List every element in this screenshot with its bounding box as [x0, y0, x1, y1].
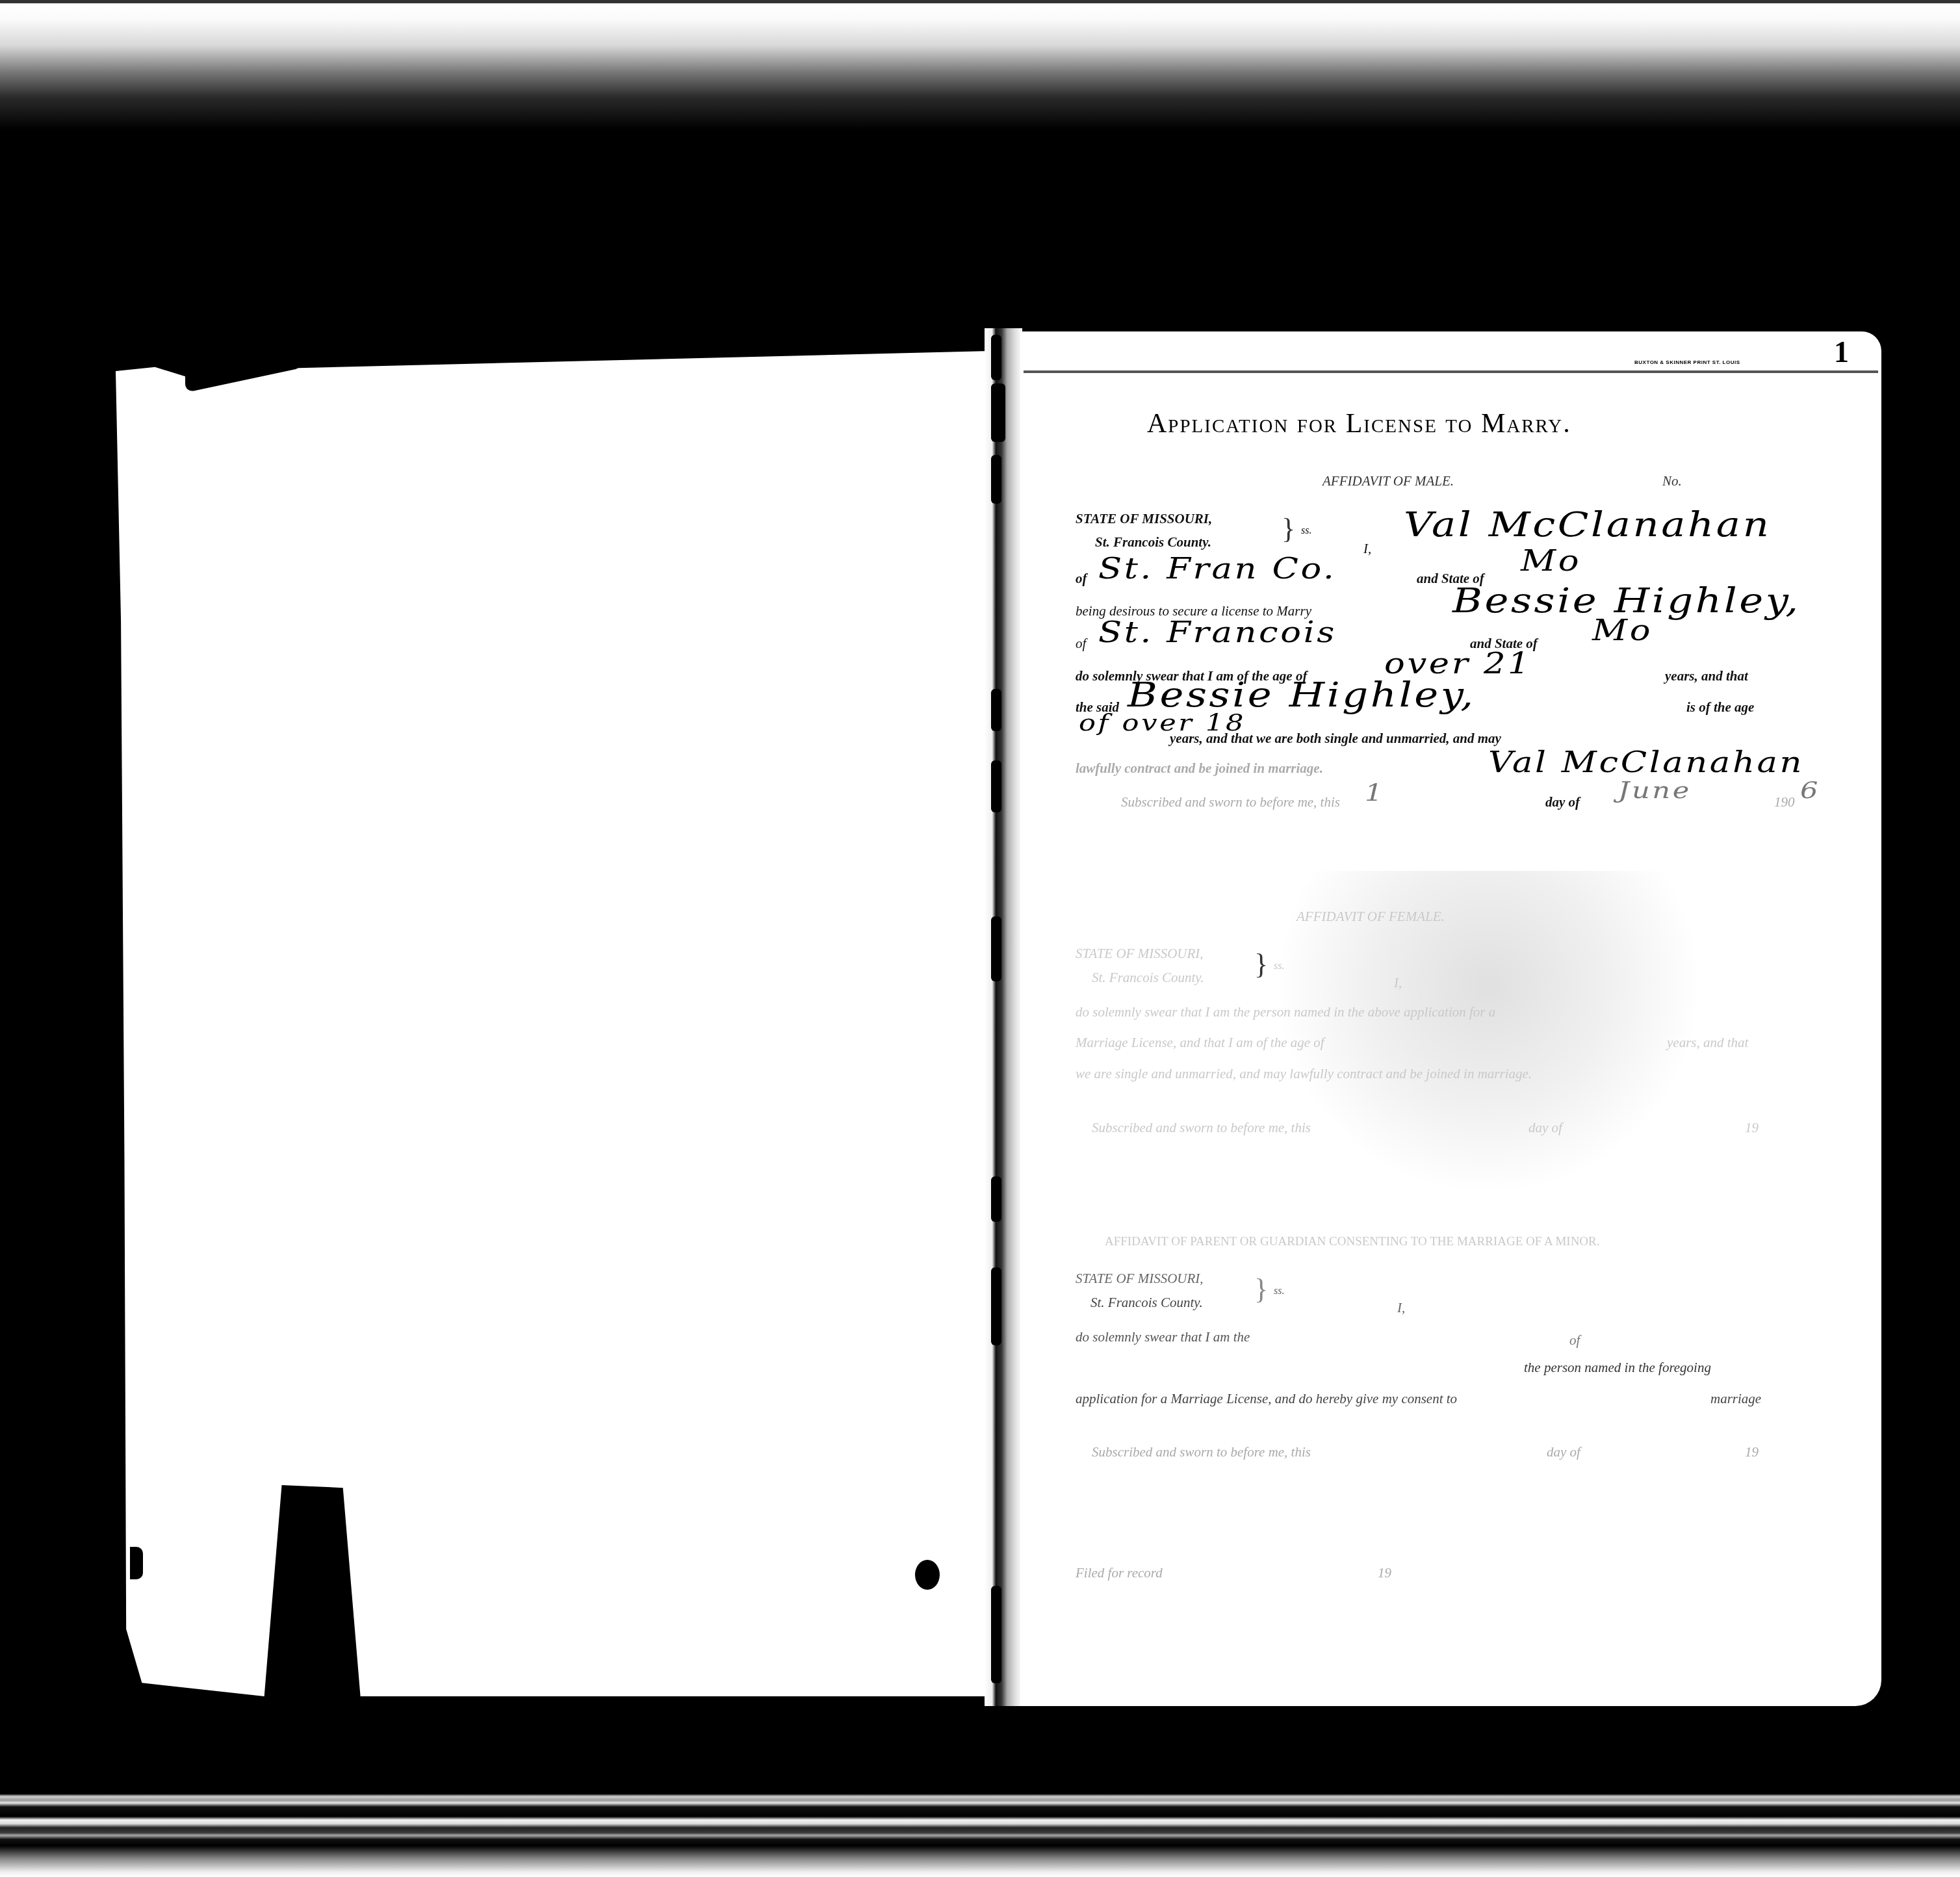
female-affidavit-heading: AFFIDAVIT OF FEMALE.	[1296, 909, 1445, 925]
scanner-top-glare	[0, 0, 1960, 130]
filed-for-record-label: Filed for record	[1076, 1565, 1163, 1581]
applicant-residence: St. Fran Co.	[1098, 552, 1336, 586]
male-affidavit-heading: AFFIDAVIT OF MALE.	[1322, 473, 1454, 489]
binding-mark	[991, 1176, 1001, 1222]
book-binding	[985, 328, 1022, 1706]
bride-name-2: Bessie Highley,	[1128, 676, 1476, 715]
applicant-signature: Val McClanahan	[1488, 746, 1804, 779]
female-year-prefix: 19	[1745, 1120, 1759, 1136]
day-value: 1	[1365, 780, 1385, 807]
page-number: 1	[1834, 335, 1849, 369]
printer-imprint: BUXTON & SKINNER PRINT ST. LOUIS	[1634, 359, 1740, 365]
i-label: I,	[1363, 541, 1371, 557]
document-title: Application for License to Marry.	[1147, 408, 1571, 439]
header-rule	[1024, 370, 1878, 373]
county-label: St. Francois County.	[1095, 534, 1211, 550]
binding-mark	[991, 760, 1001, 812]
filed-year-prefix: 19	[1378, 1565, 1391, 1581]
consent-line-1b: of	[1569, 1332, 1580, 1349]
consent-subscribed-text: Subscribed and sworn to before me, this	[1092, 1444, 1311, 1460]
applicant-state: Mo	[1521, 545, 1581, 578]
bride-residence: St. Francois	[1098, 616, 1337, 649]
consent-state-label: STATE OF MISSOURI,	[1076, 1271, 1204, 1287]
subscribed-text: Subscribed and sworn to before me, this	[1121, 794, 1340, 810]
female-day-of-label: day of	[1528, 1120, 1562, 1136]
lawfully-text: lawfully contract and be joined in marri…	[1076, 760, 1323, 777]
binding-mark	[991, 455, 1001, 504]
applicant-name: Val McClanahan	[1404, 506, 1771, 545]
consent-day-of-label: day of	[1547, 1444, 1580, 1460]
female-line-3: we are single and unmarried, and may law…	[1076, 1066, 1532, 1082]
scanner-top-edge	[0, 0, 1960, 3]
ss-label: ss.	[1301, 525, 1311, 537]
binding-mark	[991, 1267, 1001, 1345]
binding-mark	[991, 916, 1001, 981]
binding-mark	[991, 1586, 1001, 1683]
left-blank-page	[116, 351, 990, 1696]
scanner-bottom-stripes	[0, 1748, 1960, 1877]
brace: }	[1254, 1273, 1268, 1306]
month-value: June	[1618, 777, 1692, 804]
female-line-2b: years, and that	[1667, 1035, 1748, 1051]
of-label: of	[1076, 571, 1087, 587]
bride-state: Mo	[1592, 614, 1653, 647]
consent-i-label: I,	[1397, 1300, 1405, 1316]
consent-county-label: St. Francois County.	[1090, 1295, 1203, 1311]
female-state-label: STATE OF MISSOURI,	[1076, 946, 1204, 962]
binding-mark	[991, 689, 1001, 731]
consent-line-3a: application for a Marriage License, and …	[1076, 1391, 1457, 1407]
state-label: STATE OF MISSOURI,	[1076, 511, 1212, 527]
female-ss-label: ss.	[1274, 961, 1284, 972]
female-subscribed-text: Subscribed and sworn to before me, this	[1092, 1120, 1311, 1136]
of-label-2: of	[1076, 636, 1086, 652]
year-suffix: 6	[1800, 777, 1820, 804]
binding-mark	[991, 335, 1001, 380]
page-edge-nick	[130, 1547, 143, 1579]
consent-year-prefix: 19	[1745, 1444, 1759, 1460]
years-and-that: years, and that	[1665, 668, 1748, 684]
years-single-text: years, and that we are both single and u…	[1170, 731, 1501, 747]
brace: }	[1282, 512, 1295, 545]
consent-affidavit-heading: AFFIDAVIT OF PARENT OR GUARDIAN CONSENTI…	[1105, 1235, 1600, 1249]
female-line-1: do solemnly swear that I am the person n…	[1076, 1004, 1495, 1020]
ink-spot	[915, 1560, 940, 1590]
consent-ss-label: ss.	[1274, 1286, 1284, 1297]
consent-line-1a: do solemnly swear that I am the	[1076, 1329, 1250, 1345]
day-of-label: day of	[1545, 794, 1580, 810]
female-county-label: St. Francois County.	[1092, 970, 1204, 986]
consent-line-3b: marriage	[1710, 1391, 1761, 1407]
consent-line-2: the person named in the foregoing	[1524, 1360, 1711, 1376]
number-label: No.	[1662, 473, 1682, 489]
female-i-label: I,	[1394, 975, 1402, 991]
binding-mark	[991, 383, 1005, 442]
brace: }	[1254, 948, 1268, 981]
female-line-2a: Marriage License, and that I am of the a…	[1076, 1035, 1324, 1051]
is-of-the-age: is of the age	[1686, 699, 1754, 716]
year-prefix: 190	[1774, 794, 1795, 810]
